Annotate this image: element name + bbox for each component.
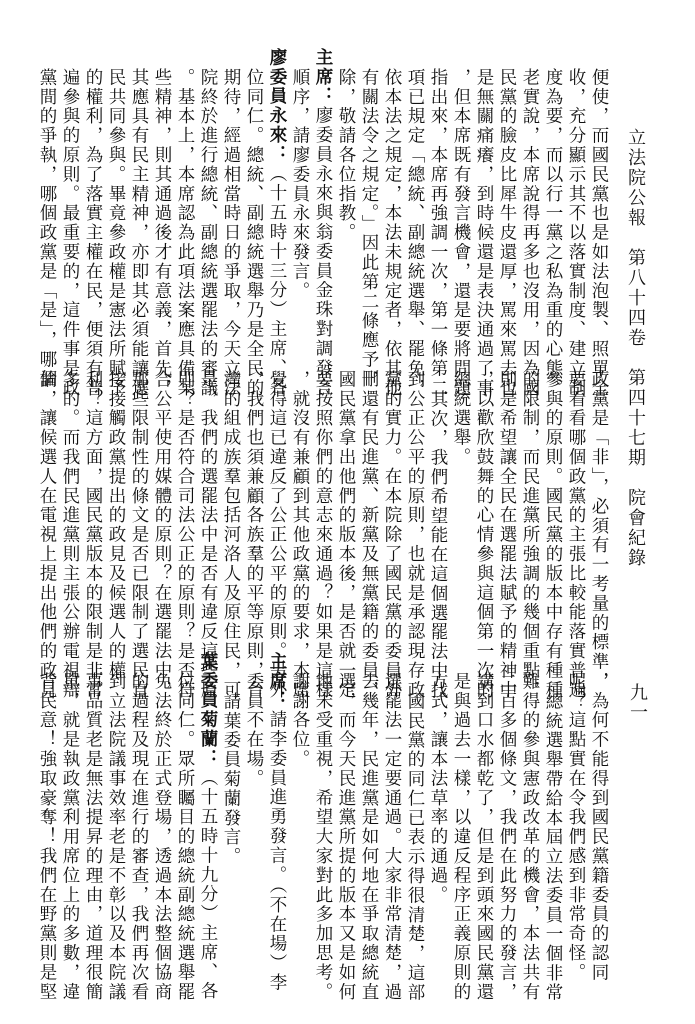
- text-column: 民共同參與。畢竟參政權是憲法所賦予: [105, 68, 127, 398]
- speech-text: 請李委員進勇發言。（不在場）李: [267, 710, 287, 992]
- speech-text: （十五時十三分）主席、各: [267, 164, 287, 397]
- speaker-label: 廖委員永來：: [267, 48, 287, 164]
- text-column: 方式，讓本法草率的通過。: [427, 672, 449, 905]
- text-column: ，但本席既有發言機會，還是要將問題: [450, 68, 472, 398]
- text-column: 政黨是「非」，必須有一考量的標準，: [588, 370, 610, 691]
- speaker-label: 主席：: [313, 48, 333, 106]
- text-column: 多的。而我們民進黨則主張公辦電視辯: [59, 370, 81, 700]
- text-column: 黨的實力。在本院除了國民黨的委員外: [381, 370, 403, 700]
- text-column: 合公平使用媒體的原則？在選罷法中，: [151, 370, 173, 700]
- text-column: 的限制，而民進黨所強調的幾個重點，: [519, 370, 541, 700]
- issue-label: 第四十七期: [625, 368, 646, 468]
- speaker-line-chairman: 主席：廖委員永來與翁委員金珠對調發言: [312, 48, 334, 397]
- text-column: 順序，請廖委員永來發言。: [289, 68, 311, 301]
- text-column: 期待，經過相當時日的爭取，今天立法: [220, 68, 242, 398]
- text-column: 黨間的爭執，哪個政黨是「是」，哪個: [36, 68, 58, 389]
- text-column: 除，敬請各位指教。: [335, 68, 357, 243]
- speaker-line-liao: 廖委員永來：（十五時十三分）主席、各: [266, 48, 288, 397]
- text-column: 到立法院議事效率老是不彰以及本院議: [105, 672, 127, 1002]
- text-column: 地未受重視，希望大家對此多加思考。: [312, 672, 334, 1002]
- text-column: 項已規定「總統、副總統選舉、罷免，: [404, 68, 426, 398]
- text-column: 委員不在場。: [243, 672, 265, 788]
- text-column: ，還有民進黨、新黨及無黨籍的委員，: [358, 370, 380, 700]
- text-column: 國民黨的同仁已表示得很清楚，這部: [404, 692, 426, 1002]
- text-column: 到公正公平的原則，也就是承認現存政: [404, 370, 426, 700]
- text-column: 。基本上，本席認為此項法案應具備某: [174, 68, 196, 398]
- text-column: 背民意！強取豪奪！我們在野黨則是堅: [36, 672, 58, 1002]
- text-column: 二百多個條文，我們在此努力的發言，: [496, 672, 518, 1002]
- text-column: 是無關痛癢，到時候還是表決通過了事: [473, 68, 495, 398]
- volume-label: 第八十四卷: [625, 248, 646, 348]
- publication-title: 立法院公報: [625, 128, 646, 228]
- text-column: 則是希望讓全民在選罷法賦予的精神中: [496, 370, 518, 700]
- gazette-page: 立法院公報 第八十四卷 第四十七期 院會紀錄 九一 便使，而國民黨也是如法泡製、…: [0, 0, 695, 1024]
- text-column: 些精神，則其通過後才有意義，首先，: [151, 68, 173, 398]
- text-column: ，為何不能得到國民黨籍委員的認同: [588, 672, 610, 982]
- text-column: 總統選舉。: [450, 370, 472, 467]
- text-column: 其次，我們希望能在這個選罷法中找: [427, 390, 449, 700]
- text-column: 其應具有民主精神，亦即其必須能讓選: [128, 68, 150, 398]
- text-column: ，就沒有兼顧到其他政黨的要求，本席: [289, 370, 311, 700]
- section-label: 院會紀錄: [625, 488, 646, 568]
- text-column: 國民黨拿出他們的版本後，是否就一定: [335, 370, 357, 700]
- text-column: 院終於進行總統、副總統選罷法的審議: [197, 68, 219, 398]
- text-column: 那些限制性的條文是否已限制了選民直: [128, 370, 150, 700]
- page-number: 九一: [626, 683, 648, 723]
- text-column: 則？是否符合司法公正的原則？是否符: [174, 370, 196, 700]
- text-column: 去幾年，民進黨是如何地在爭取總統直: [358, 672, 380, 1002]
- text-column: 單，就是執政黨利用席位上的多數，違: [59, 672, 81, 1002]
- text-column: 請葉委員菊蘭發言。: [220, 692, 242, 867]
- text-column: 要看看哪個政黨的主張比較能落實普遍: [565, 370, 587, 700]
- text-column: 的權利，為了落實主權在民，便須有普: [82, 68, 104, 398]
- text-column: 難得的參與憲政改革的機會，本法共有: [519, 672, 541, 1002]
- text-column: 免法終於正式登場，透過本法整個協商: [151, 672, 173, 1002]
- text-column: 總統選舉帶給本屆立法委員一個非常: [542, 692, 564, 1002]
- text-column: 有關法令之規定。」因此第二條應予刪: [358, 68, 380, 389]
- text-column: 位同仁。總統、副總統選舉乃是全民的: [243, 68, 265, 398]
- text-column: ，我們也須兼顧各族羣的平等原則，台: [243, 370, 265, 700]
- text-column: 謝謝各位。: [289, 672, 311, 769]
- speech-text: 廖委員永來與翁委員金珠對調發言: [313, 106, 333, 397]
- text-column: 度為要，而以行一黨之私為重的心態。: [542, 68, 564, 398]
- speaker-line-yeh: 葉委員菊蘭：（十五時十九分）主席、各: [197, 652, 219, 1001]
- text-column: 是與過去一樣，以違反程序正義原則的: [450, 672, 472, 1002]
- page-header: 立法院公報 第八十四卷 第四十七期 院會紀錄: [624, 128, 646, 568]
- text-column: 論，讓候選人在電視上提出他們的政見: [36, 370, 58, 700]
- text-column: 老實說，本席說得再多也沒用，因為國: [519, 68, 541, 398]
- text-column: 便使，而國民黨也是如法泡製、照單全: [588, 68, 610, 398]
- text-column: 位同仁。眾所矚目的總統副總統選舉罷: [174, 672, 196, 1002]
- text-column: 依本法之規定，本法未規定者，依其他: [381, 68, 403, 398]
- text-column: 接接觸政黨提出的政見及候選人的權: [105, 370, 127, 680]
- text-column: 選，而今天民進黨所提的版本又是如何: [335, 672, 357, 1002]
- text-column: 灣的組成族羣包括河洛人及原住民，可: [220, 370, 242, 700]
- speaker-label: 葉委員菊蘭：: [198, 652, 218, 768]
- text-column: 民黨的臉皮比犀牛皮還厚，罵來罵去也: [496, 68, 518, 398]
- text-column: 講到口水都乾了，但是到頭來國民黨還: [473, 672, 495, 1002]
- text-column: 參與的原則。國民黨的版本中存有種種: [542, 370, 564, 700]
- text-column: 事品質老是無法提昇的理由，道理很簡: [82, 672, 104, 1002]
- speaker-label: 主席：: [267, 652, 287, 710]
- text-column: ，以歡欣鼓舞的心情參與這個第一次的: [473, 370, 495, 700]
- speaker-line-chairman-2: 主席：請李委員進勇發言。（不在場）李: [266, 652, 288, 992]
- text-column: 要按照你們的意志來通過？如果是這樣: [312, 370, 334, 700]
- text-column: 指出來，本席再強調一次，第一條第二: [427, 68, 449, 398]
- text-column: 利？這方面，國民黨版本的限制是非常: [82, 370, 104, 700]
- text-column: 覺得這已違反了公正公平的原則。另外: [266, 370, 288, 700]
- text-column: 選罷法一定要通過。大家非常清楚，過: [381, 672, 403, 1002]
- text-column: 遍參與的原則。最重要的，這件事是政: [59, 68, 81, 398]
- text-column: 呢？這點實在令我們感到非常奇怪。: [565, 672, 587, 982]
- text-column: 收，充分顯示其不以落實制度、建立制: [565, 68, 587, 398]
- text-column: 的過程及現在進行的審查，我們再次看: [128, 672, 150, 1002]
- speech-text: （十五時十九分）主席、各: [198, 768, 218, 1001]
- text-column: 是，我們的選罷法中是否有違反這些原: [197, 370, 219, 700]
